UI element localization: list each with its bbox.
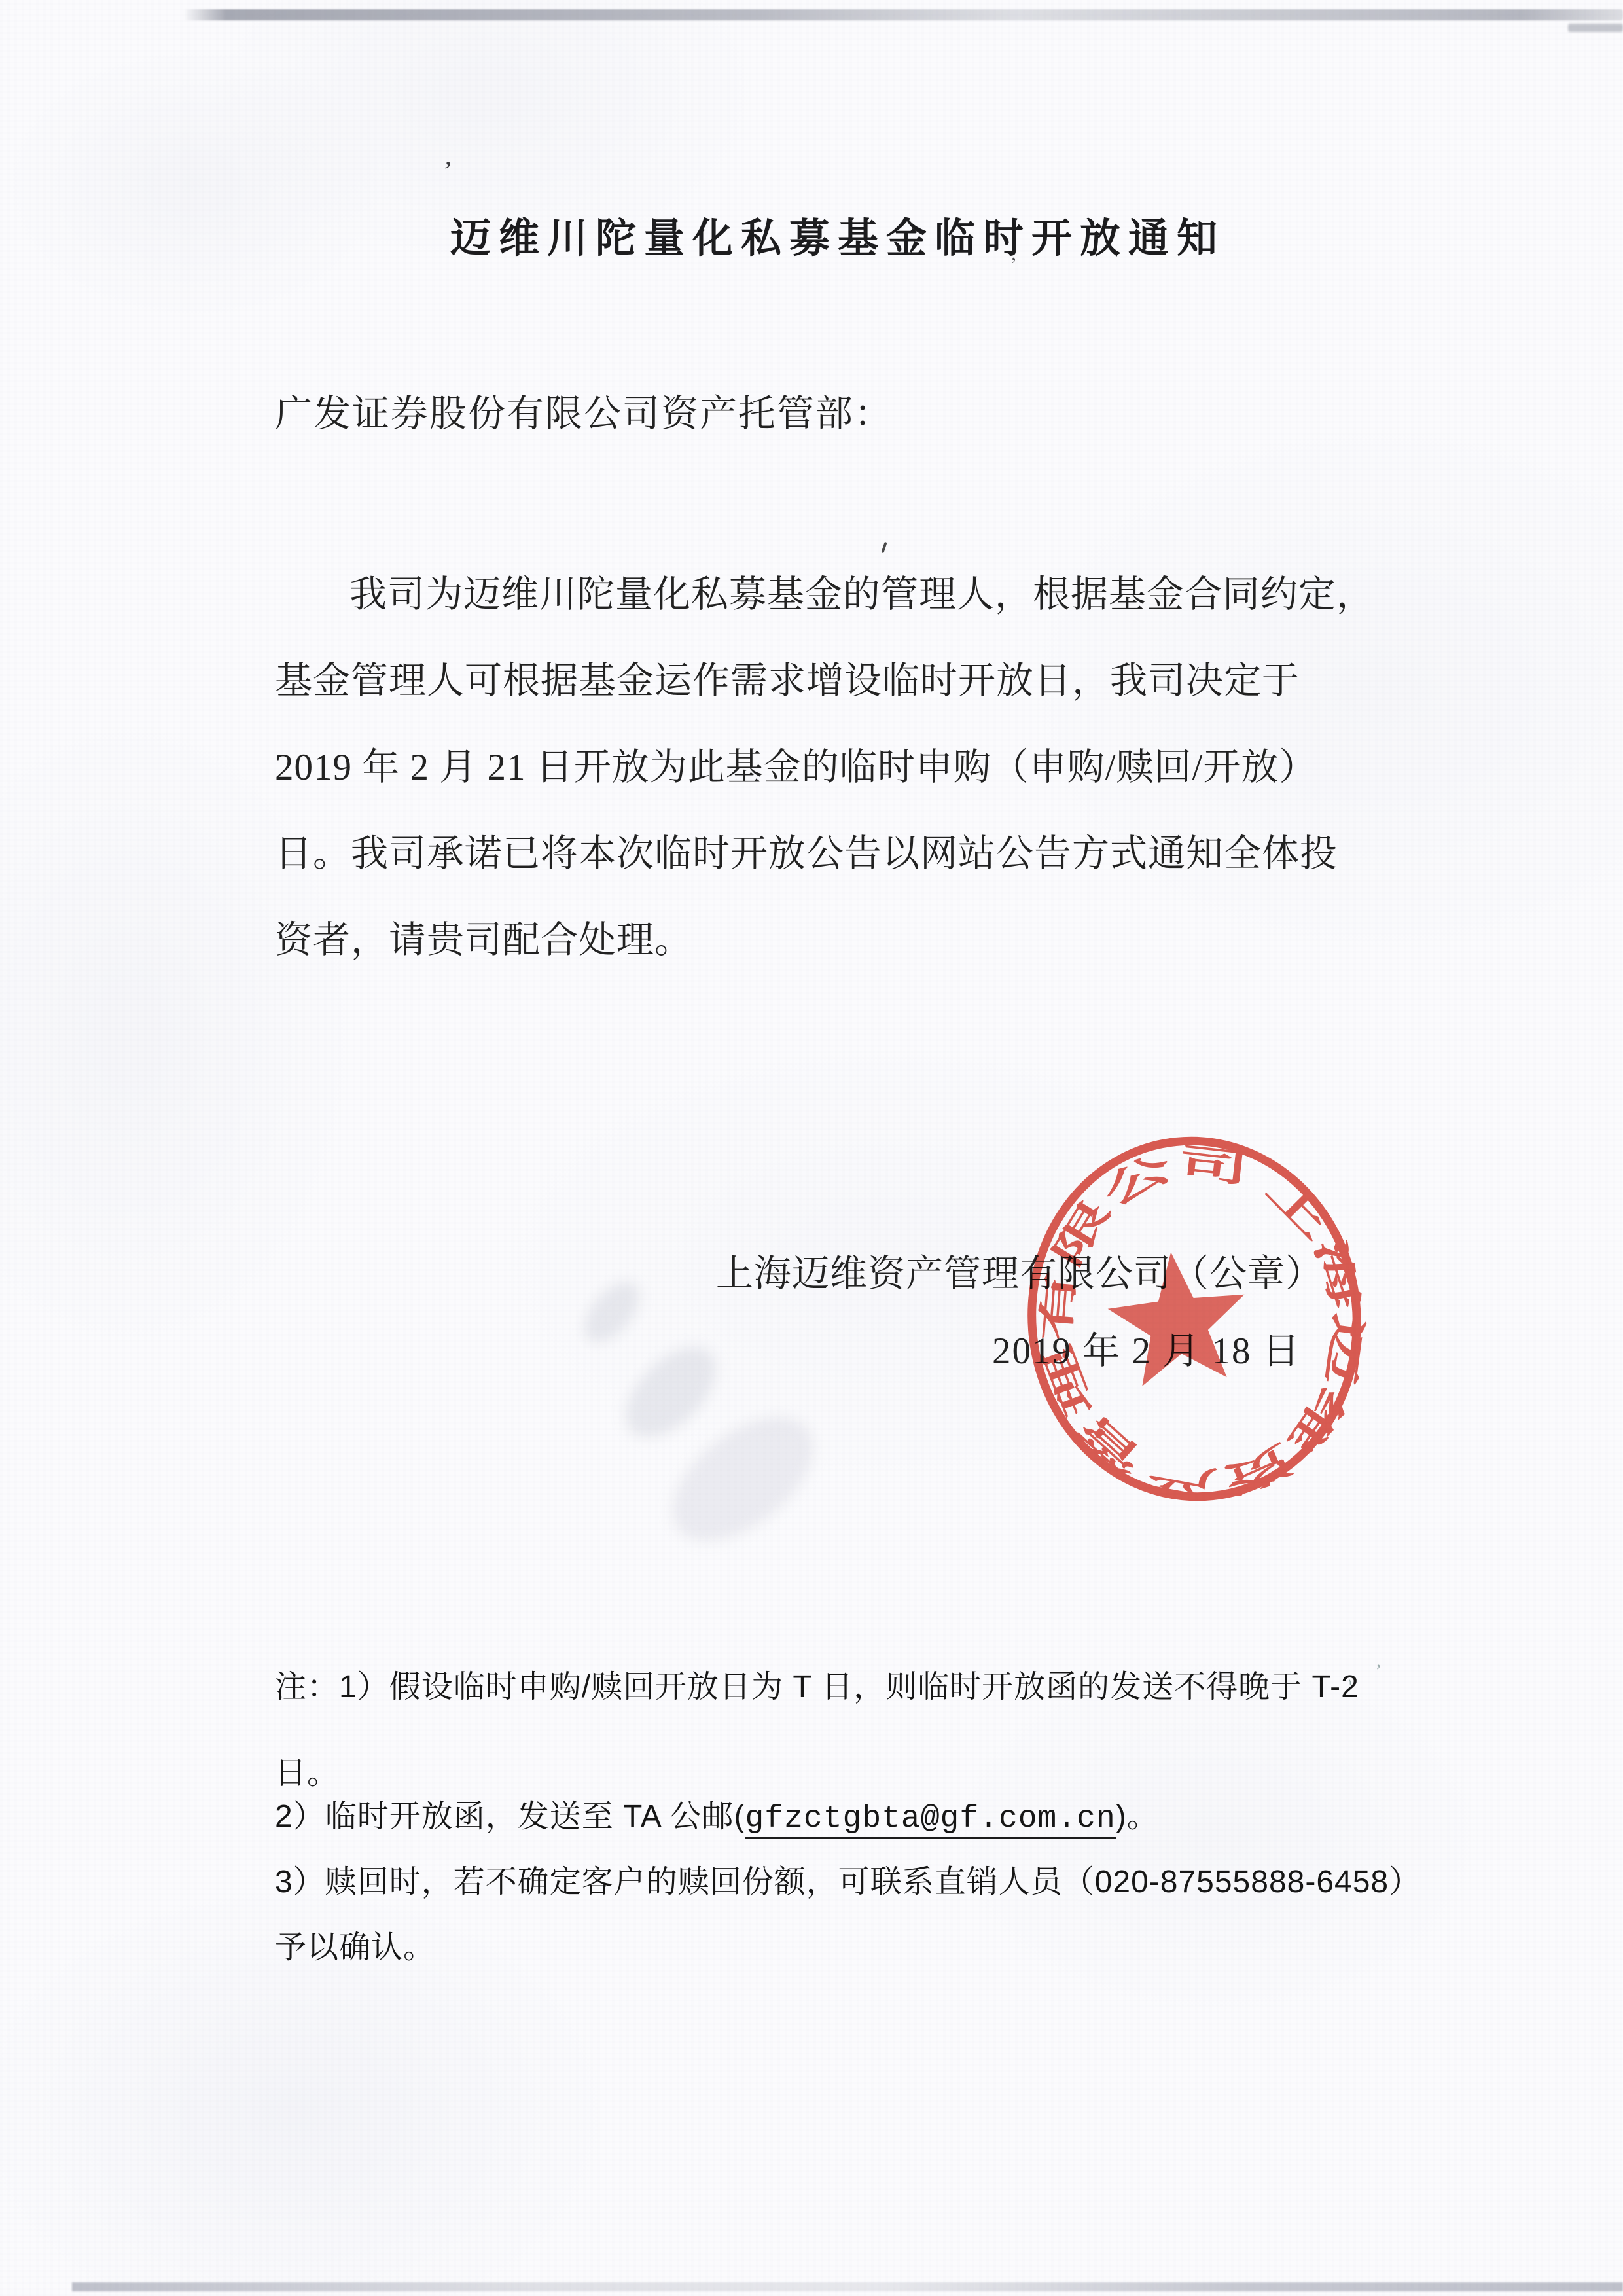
- company-seal-stamp: 上海迈维资产管理有限公司: [991, 1104, 1397, 1533]
- scan-artifact-bottom-band: [72, 2282, 1623, 2291]
- scan-artifact-top-right-dash: [1568, 24, 1623, 32]
- scan-artifact-top-band: [183, 9, 1623, 20]
- body-line: 基金管理人可根据基金运作需求增设临时开放日，我司决定于: [275, 638, 1374, 725]
- email-text: gfzctgbta@gf.com.cn: [745, 1801, 1115, 1839]
- note-line-1-continuation: 日。: [275, 1748, 339, 1793]
- note-line-2-suffix: )。: [1116, 1799, 1159, 1834]
- note-line-2: 2）临时开放函，发送至 TA 公邮(gfzctgbta@gf.com.cn)。: [275, 1791, 1159, 1837]
- body-line: 我司为迈维川陀量化私募基金的管理人，根据基金合同约定，: [275, 552, 1374, 638]
- smudge-mark: [574, 1272, 651, 1353]
- body-line: 资者，请贵司配合处理。: [275, 897, 1374, 984]
- scan-speck-apostrophe: ’: [440, 155, 454, 187]
- page-title: 迈维川陀量化私募基金临时开放通知: [450, 206, 1225, 264]
- scanned-document-page: { "document": { "title": "迈维川陀量化私募基金临时开放…: [0, 0, 1623, 2296]
- body-line: 日。我司承诺已将本次临时开放公告以网站公告方式通知全体投: [275, 811, 1374, 897]
- smudge-mark: [650, 1393, 835, 1566]
- body-paragraph: 我司为迈维川陀量化私募基金的管理人，根据基金合同约定， 基金管理人可根据基金运作…: [275, 552, 1374, 984]
- smudge-mark: [609, 1331, 732, 1454]
- scan-noise-overlay: [0, 0, 1623, 2296]
- note-line-3: 3）赎回时，若不确定客户的赎回份额，可联系直销人员（020-87555888-6…: [275, 1856, 1421, 1901]
- note-line-1: 注：1）假设临时申购/赎回开放日为 T 日，则临时开放函的发送不得晚于 T-2: [275, 1661, 1359, 1706]
- note-line-3-continuation: 予以确认。: [275, 1922, 435, 1967]
- star-icon: [1103, 1245, 1253, 1389]
- note-line-2-prefix: 2）临时开放函，发送至 TA 公邮(: [275, 1799, 745, 1834]
- scan-speck-gray-2: ’: [1376, 1661, 1382, 1681]
- addressee-line: 广发证券股份有限公司资产托管部：: [275, 384, 893, 437]
- body-line: 2019 年 2 月 21 日开放为此基金的临时申购（申购/赎回/开放）: [275, 725, 1374, 811]
